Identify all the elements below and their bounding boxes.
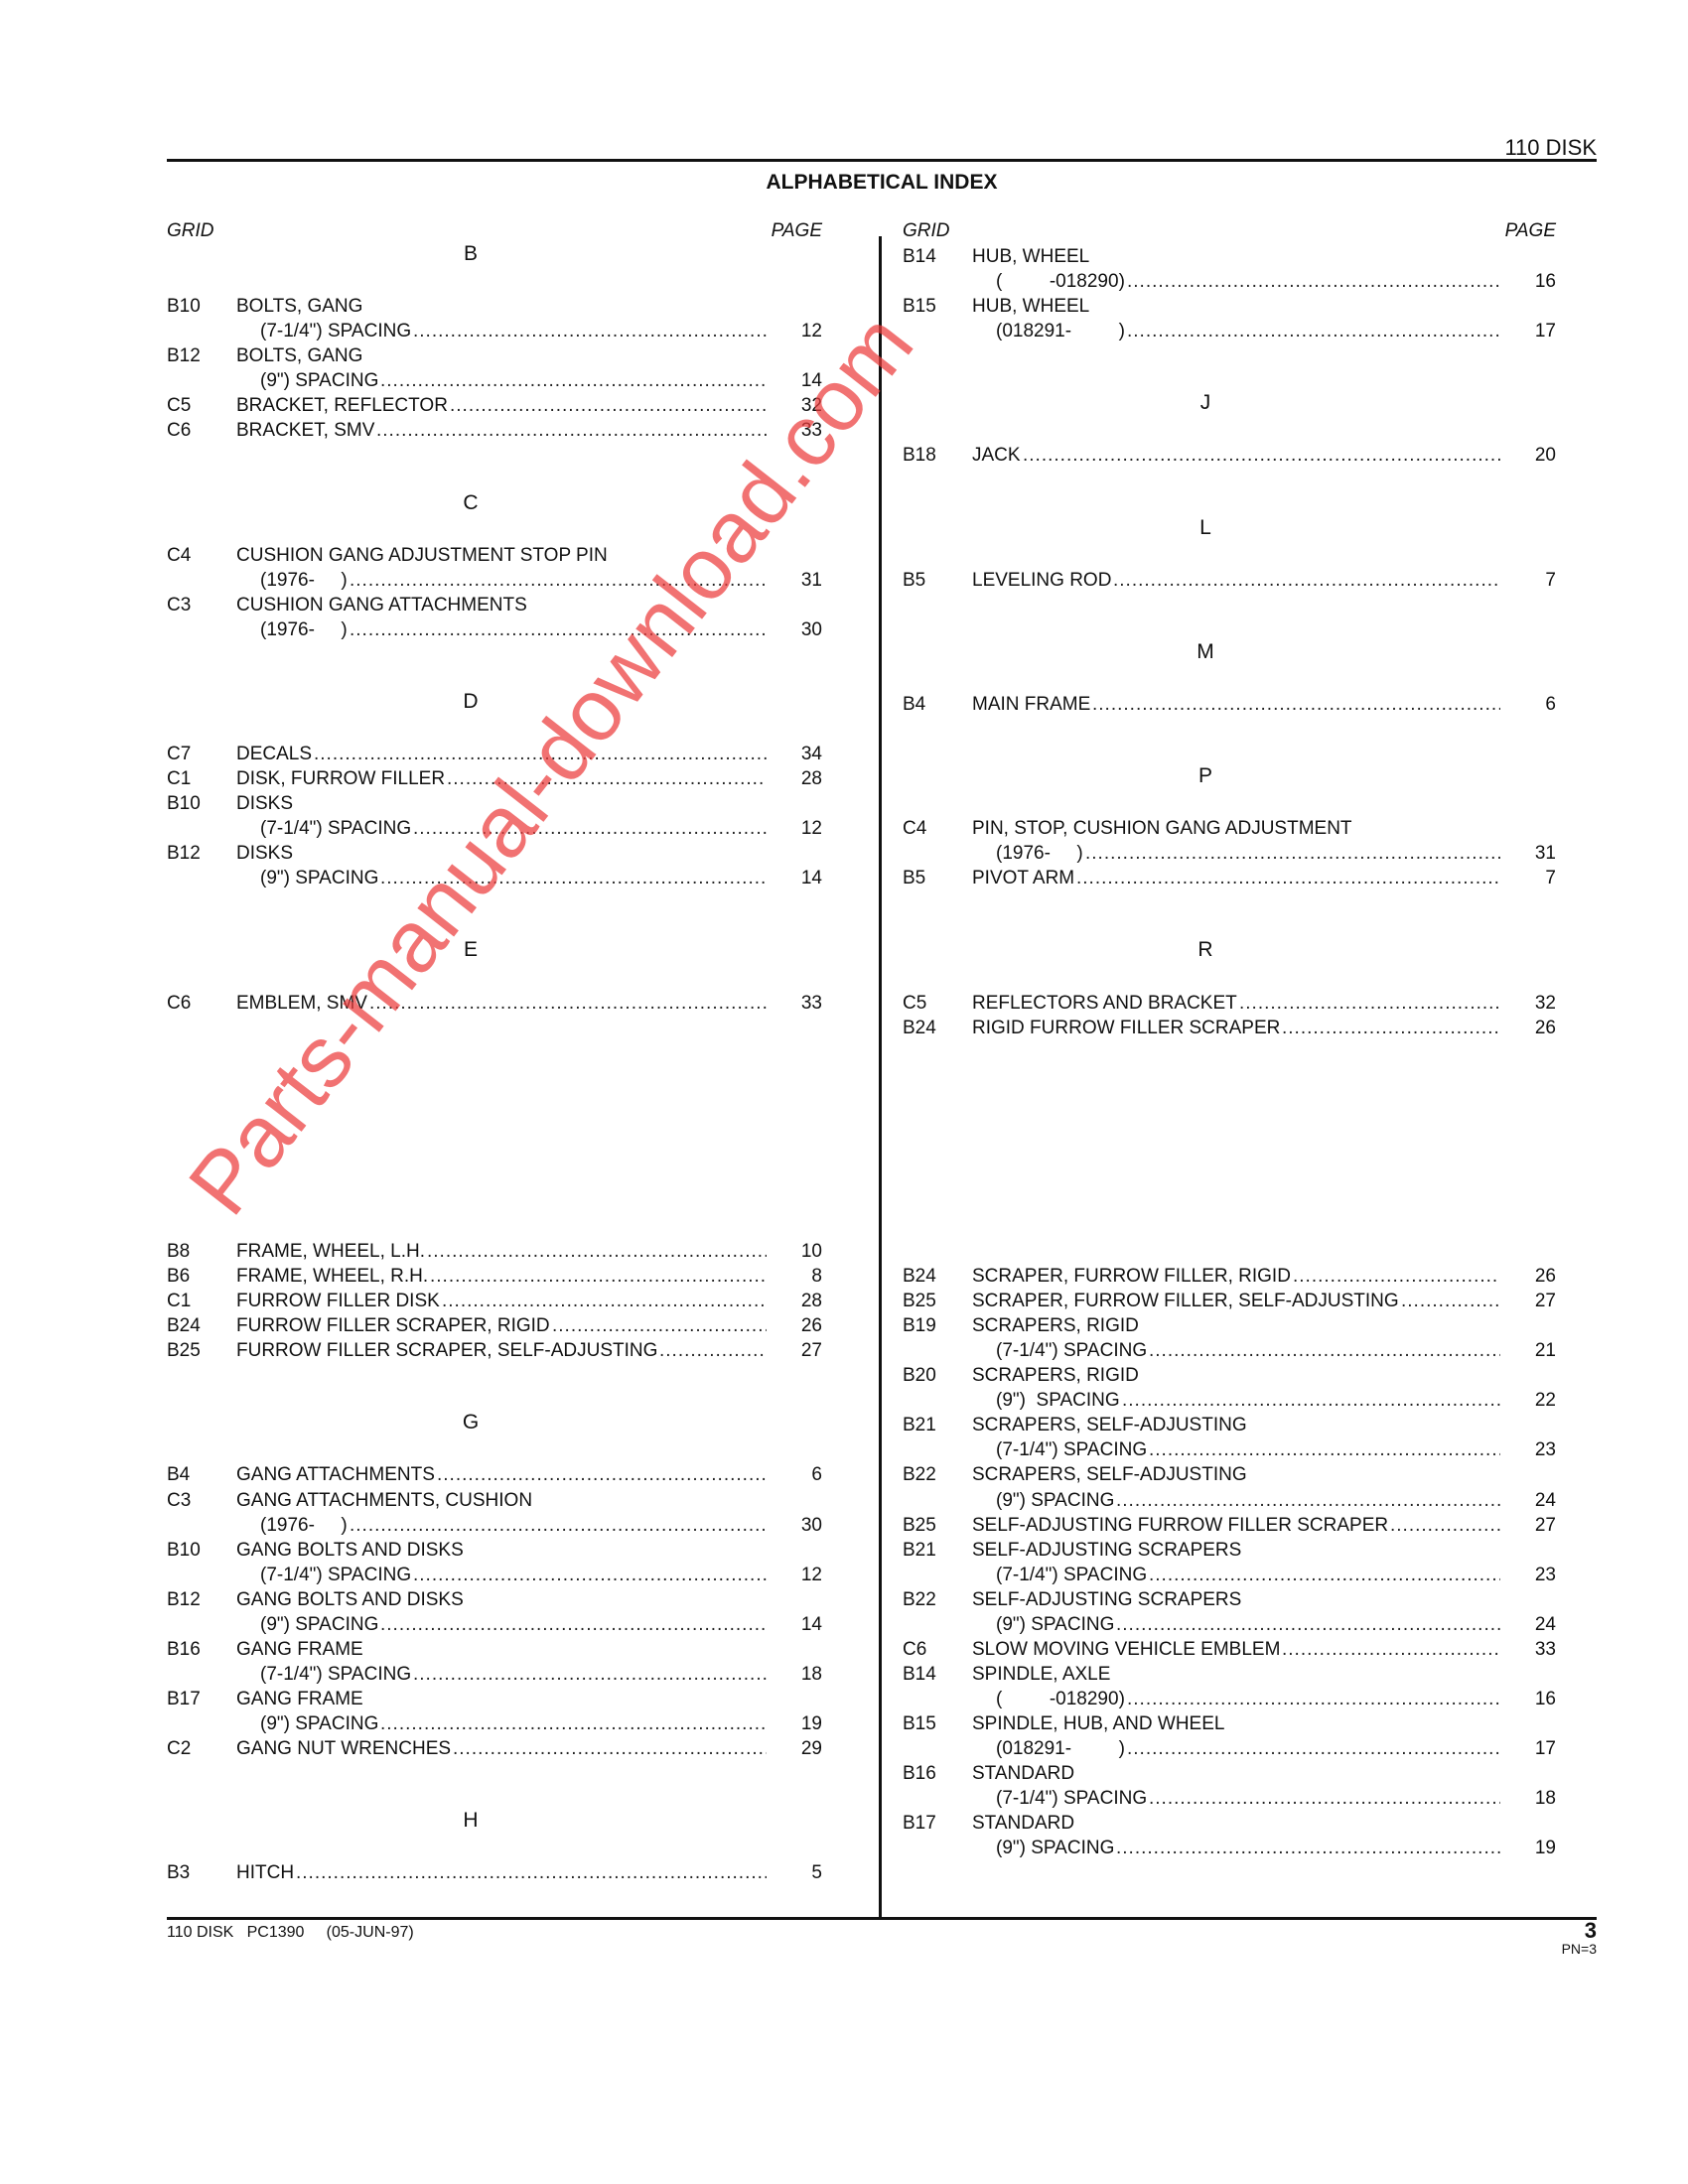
page-ref: 14 bbox=[773, 368, 822, 393]
index-entry: B25SCRAPER, FURROW FILLER, SELF-ADJUSTIN… bbox=[903, 1289, 1556, 1313]
grid-ref: C7 bbox=[167, 742, 191, 766]
grid-ref: B19 bbox=[903, 1313, 936, 1338]
grid-ref: B14 bbox=[903, 1662, 936, 1687]
leader-dots: ........................................… bbox=[442, 1289, 767, 1313]
grid-ref: C6 bbox=[167, 991, 191, 1016]
entry-name: (9") SPACING bbox=[260, 1711, 378, 1736]
leader-dots: ........................................… bbox=[350, 1513, 767, 1538]
leader-dots: ........................................… bbox=[453, 1736, 767, 1761]
index-entry: B17STANDARD bbox=[903, 1811, 1556, 1836]
index-entry: C3GANG ATTACHMENTS, CUSHION bbox=[167, 1488, 822, 1513]
page-ref: 32 bbox=[1506, 991, 1556, 1016]
index-entry: B22SCRAPERS, SELF-ADJUSTING bbox=[903, 1462, 1556, 1487]
grid-ref: C4 bbox=[167, 543, 191, 568]
index-subentry: (018291- )..............................… bbox=[903, 319, 1556, 343]
page-ref: 34 bbox=[773, 742, 822, 766]
page-ref: 26 bbox=[1506, 1016, 1556, 1040]
leader-dots: ........................................… bbox=[1127, 1687, 1500, 1711]
entry-name: (018291- ) bbox=[996, 319, 1125, 343]
page-ref: 33 bbox=[1506, 1637, 1556, 1662]
grid-ref: B8 bbox=[167, 1239, 190, 1264]
entry-name: SPINDLE, AXLE bbox=[972, 1662, 1110, 1687]
index-subentry: (7-1/4") SPACING........................… bbox=[903, 1786, 1556, 1811]
grid-ref: C4 bbox=[903, 816, 926, 841]
index-entry: B3HITCH.................................… bbox=[167, 1860, 822, 1885]
entry-name: (9") SPACING bbox=[260, 1612, 378, 1637]
entry-name: PIVOT ARM bbox=[972, 866, 1074, 890]
page-ref: 12 bbox=[773, 816, 822, 841]
index-entry: C1FURROW FILLER DISK....................… bbox=[167, 1289, 822, 1313]
index-subentry: (7-1/4") SPACING........................… bbox=[903, 1338, 1556, 1363]
index-entry: C4PIN, STOP, CUSHION GANG ADJUSTMENT bbox=[903, 816, 1556, 841]
page-ref: 16 bbox=[1506, 269, 1556, 294]
entry-name: FURROW FILLER DISK bbox=[236, 1289, 440, 1313]
leader-dots: ........................................… bbox=[447, 766, 767, 791]
leader-dots: ........................................… bbox=[413, 1563, 767, 1587]
index-entry: C1DISK, FURROW FILLER...................… bbox=[167, 766, 822, 791]
page-ref: 33 bbox=[773, 991, 822, 1016]
grid-ref: B10 bbox=[167, 791, 201, 816]
grid-ref: B4 bbox=[903, 692, 925, 717]
index-entry: B8FRAME, WHEEL, L.H.....................… bbox=[167, 1239, 822, 1264]
index-subentry: (7-1/4") SPACING........................… bbox=[167, 1563, 822, 1587]
section-letter: L bbox=[879, 516, 1532, 540]
index-subentry: (9") SPACING............................… bbox=[903, 1612, 1556, 1637]
grid-ref: B12 bbox=[167, 343, 201, 368]
entry-name: (7-1/4") SPACING bbox=[996, 1338, 1147, 1363]
entry-name: BRACKET, SMV bbox=[236, 418, 374, 443]
section-letter: E bbox=[143, 938, 798, 962]
index-subentry: (9") SPACING............................… bbox=[167, 1711, 822, 1736]
page-ref: 6 bbox=[1506, 692, 1556, 717]
page-ref: 29 bbox=[773, 1736, 822, 1761]
index-subentry: (7-1/4") SPACING........................… bbox=[167, 1662, 822, 1687]
footer-doc-info: 110 DISK PC1390 (05-JUN-97) bbox=[167, 1924, 414, 1942]
entry-name: (7-1/4") SPACING bbox=[260, 1563, 411, 1587]
grid-column-header: GRID bbox=[167, 220, 214, 242]
leader-dots: ........................................… bbox=[413, 1662, 767, 1687]
grid-ref: B25 bbox=[167, 1338, 201, 1363]
index-entry: C6BRACKET, SMV..........................… bbox=[167, 418, 822, 443]
grid-ref: B16 bbox=[167, 1637, 201, 1662]
grid-ref: B14 bbox=[903, 244, 936, 269]
page-ref: 24 bbox=[1506, 1612, 1556, 1637]
grid-ref: B21 bbox=[903, 1413, 936, 1437]
entry-name: GANG NUT WRENCHES bbox=[236, 1736, 451, 1761]
page-ref: 12 bbox=[773, 1563, 822, 1587]
grid-ref: B20 bbox=[903, 1363, 936, 1388]
entry-name: SPINDLE, HUB, AND WHEEL bbox=[972, 1711, 1224, 1736]
leader-dots: ........................................… bbox=[1113, 568, 1500, 593]
leader-dots: ........................................… bbox=[413, 816, 767, 841]
index-subentry: ( -018290)..............................… bbox=[903, 269, 1556, 294]
page-ref: 31 bbox=[1506, 841, 1556, 866]
grid-ref: B5 bbox=[903, 866, 925, 890]
leader-dots: ........................................… bbox=[1239, 991, 1500, 1016]
entry-name: BOLTS, GANG bbox=[236, 294, 362, 319]
index-subentry: (9") SPACING............................… bbox=[903, 1488, 1556, 1513]
leader-dots: ........................................… bbox=[1293, 1264, 1500, 1289]
leader-dots: ........................................… bbox=[1085, 841, 1500, 866]
entry-name: SLOW MOVING VEHICLE EMBLEM bbox=[972, 1637, 1280, 1662]
page-ref: 19 bbox=[1506, 1836, 1556, 1860]
index-entry: B24RIGID FURROW FILLER SCRAPER..........… bbox=[903, 1016, 1556, 1040]
entry-name: DISKS bbox=[236, 841, 293, 866]
grid-ref: B22 bbox=[903, 1462, 936, 1487]
grid-ref: C2 bbox=[167, 1736, 191, 1761]
page-ref: 26 bbox=[1506, 1264, 1556, 1289]
grid-ref: B21 bbox=[903, 1538, 936, 1563]
page-ref: 18 bbox=[1506, 1786, 1556, 1811]
index-column-right: GRID PAGE B14HUB, WHEEL( -018290).......… bbox=[903, 0, 1556, 2184]
leader-dots: ........................................… bbox=[413, 319, 767, 343]
entry-name: SELF-ADJUSTING FURROW FILLER SCRAPER bbox=[972, 1513, 1388, 1538]
grid-ref: B24 bbox=[903, 1016, 936, 1040]
grid-ref: B18 bbox=[903, 443, 936, 468]
grid-ref: C6 bbox=[167, 418, 191, 443]
footer-pn-label: PN=3 bbox=[1562, 1941, 1597, 1957]
entry-name: ( -018290) bbox=[996, 1687, 1125, 1711]
leader-dots: ........................................… bbox=[350, 617, 767, 642]
entry-name: RIGID FURROW FILLER SCRAPER bbox=[972, 1016, 1280, 1040]
entry-name: (7-1/4") SPACING bbox=[260, 1662, 411, 1687]
entry-name: BRACKET, REFLECTOR bbox=[236, 393, 448, 418]
page-ref: 6 bbox=[773, 1462, 822, 1487]
leader-dots: ........................................… bbox=[552, 1313, 767, 1338]
leader-dots: ........................................… bbox=[1127, 1736, 1500, 1761]
leader-dots: ........................................… bbox=[1023, 443, 1500, 468]
index-entry: B15SPINDLE, HUB, AND WHEEL bbox=[903, 1711, 1556, 1736]
page-column-header: PAGE bbox=[1505, 220, 1556, 242]
entry-name: SCRAPERS, RIGID bbox=[972, 1313, 1139, 1338]
leader-dots: ........................................… bbox=[1116, 1836, 1500, 1860]
entry-name: FURROW FILLER SCRAPER, RIGID bbox=[236, 1313, 550, 1338]
page-ref: 7 bbox=[1506, 866, 1556, 890]
index-entry: B5PIVOT ARM.............................… bbox=[903, 866, 1556, 890]
leader-dots: ........................................… bbox=[430, 1264, 767, 1289]
index-subentry: (018291- )..............................… bbox=[903, 1736, 1556, 1761]
page-ref: 28 bbox=[773, 766, 822, 791]
grid-ref: B22 bbox=[903, 1587, 936, 1612]
leader-dots: ........................................… bbox=[380, 368, 767, 393]
page-ref: 27 bbox=[1506, 1289, 1556, 1313]
section-letter: P bbox=[879, 764, 1532, 788]
leader-dots: ........................................… bbox=[450, 393, 767, 418]
grid-ref: B12 bbox=[167, 1587, 201, 1612]
page-ref: 24 bbox=[1506, 1488, 1556, 1513]
index-entry: B10BOLTS, GANG bbox=[167, 294, 822, 319]
index-entry: C3CUSHION GANG ATTACHMENTS bbox=[167, 593, 822, 617]
page-ref: 12 bbox=[773, 319, 822, 343]
page-ref: 8 bbox=[773, 1264, 822, 1289]
section-letter: M bbox=[879, 640, 1532, 664]
index-entry: B10DISKS bbox=[167, 791, 822, 816]
grid-ref: B15 bbox=[903, 1711, 936, 1736]
index-entry: B12BOLTS, GANG bbox=[167, 343, 822, 368]
leader-dots: ........................................… bbox=[1149, 1338, 1500, 1363]
footer-rule bbox=[167, 1917, 1597, 1920]
page-ref: 5 bbox=[773, 1860, 822, 1885]
grid-ref: B16 bbox=[903, 1761, 936, 1786]
page-ref: 14 bbox=[773, 1612, 822, 1637]
index-entry: C5REFLECTORS AND BRACKET................… bbox=[903, 991, 1556, 1016]
entry-name: (9") SPACING bbox=[996, 1612, 1114, 1637]
index-entry: B4MAIN FRAME............................… bbox=[903, 692, 1556, 717]
page-ref: 27 bbox=[1506, 1513, 1556, 1538]
grid-ref: B17 bbox=[167, 1687, 201, 1711]
entry-name: REFLECTORS AND BRACKET bbox=[972, 991, 1237, 1016]
page-ref: 28 bbox=[773, 1289, 822, 1313]
leader-dots: ........................................… bbox=[314, 742, 767, 766]
page-ref: 10 bbox=[773, 1239, 822, 1264]
index-entry: B21SCRAPERS, SELF-ADJUSTING bbox=[903, 1413, 1556, 1437]
index-entry: B5LEVELING ROD..........................… bbox=[903, 568, 1556, 593]
entry-name: BOLTS, GANG bbox=[236, 343, 362, 368]
entry-name: GANG ATTACHMENTS, CUSHION bbox=[236, 1488, 532, 1513]
grid-ref: B24 bbox=[167, 1313, 201, 1338]
index-column-left: GRID PAGE BB10BOLTS, GANG(7-1/4") SPACIN… bbox=[167, 0, 822, 2184]
leader-dots: ........................................… bbox=[1116, 1488, 1500, 1513]
entry-name: (9") SPACING bbox=[996, 1388, 1120, 1413]
grid-ref: B10 bbox=[167, 294, 201, 319]
page-ref: 27 bbox=[773, 1338, 822, 1363]
entry-name: (9") SPACING bbox=[260, 368, 378, 393]
section-letter: J bbox=[879, 391, 1532, 415]
entry-name: (7-1/4") SPACING bbox=[996, 1563, 1147, 1587]
index-entry: C6EMBLEM, SMV...........................… bbox=[167, 991, 822, 1016]
page-ref: 17 bbox=[1506, 319, 1556, 343]
grid-ref: B17 bbox=[903, 1811, 936, 1836]
leader-dots: ........................................… bbox=[380, 866, 767, 890]
entry-name: (1976- ) bbox=[996, 841, 1083, 866]
leader-dots: ........................................… bbox=[1127, 319, 1500, 343]
grid-ref: B4 bbox=[167, 1462, 190, 1487]
index-entry: B25SELF-ADJUSTING FURROW FILLER SCRAPER.… bbox=[903, 1513, 1556, 1538]
leader-dots: ........................................… bbox=[427, 1239, 767, 1264]
grid-ref: C6 bbox=[903, 1637, 926, 1662]
grid-ref: C3 bbox=[167, 593, 191, 617]
index-subentry: (7-1/4") SPACING........................… bbox=[903, 1563, 1556, 1587]
index-entry: B4GANG ATTACHMENTS......................… bbox=[167, 1462, 822, 1487]
leader-dots: ........................................… bbox=[1282, 1016, 1500, 1040]
page-column-header: PAGE bbox=[772, 220, 822, 242]
leader-dots: ........................................… bbox=[1149, 1563, 1500, 1587]
index-entry: B24SCRAPER, FURROW FILLER, RIGID........… bbox=[903, 1264, 1556, 1289]
entry-name: STANDARD bbox=[972, 1761, 1074, 1786]
index-entry: B19SCRAPERS, RIGID bbox=[903, 1313, 1556, 1338]
entry-name: PIN, STOP, CUSHION GANG ADJUSTMENT bbox=[972, 816, 1352, 841]
index-subentry: (9") SPACING............................… bbox=[903, 1388, 1556, 1413]
index-entry: B16STANDARD bbox=[903, 1761, 1556, 1786]
index-subentry: (7-1/4") SPACING........................… bbox=[903, 1437, 1556, 1462]
section-letter: G bbox=[143, 1411, 798, 1434]
grid-ref: B25 bbox=[903, 1289, 936, 1313]
section-letter: D bbox=[143, 690, 798, 714]
entry-name: MAIN FRAME bbox=[972, 692, 1090, 717]
index-entry: C6SLOW MOVING VEHICLE EMBLEM............… bbox=[903, 1637, 1556, 1662]
entry-name: SELF-ADJUSTING SCRAPERS bbox=[972, 1538, 1241, 1563]
leader-dots: ........................................… bbox=[380, 1711, 767, 1736]
page-ref: 31 bbox=[773, 568, 822, 593]
page-ref: 32 bbox=[773, 393, 822, 418]
page-ref: 18 bbox=[773, 1662, 822, 1687]
entry-name: (7-1/4") SPACING bbox=[260, 816, 411, 841]
index-entry: B22SELF-ADJUSTING SCRAPERS bbox=[903, 1587, 1556, 1612]
leader-dots: ........................................… bbox=[350, 568, 767, 593]
entry-name: SCRAPERS, SELF-ADJUSTING bbox=[972, 1462, 1247, 1487]
index-entry: B15HUB, WHEEL bbox=[903, 294, 1556, 319]
index-entry: B21SELF-ADJUSTING SCRAPERS bbox=[903, 1538, 1556, 1563]
index-subentry: (1976- )................................… bbox=[167, 568, 822, 593]
entry-name: HITCH bbox=[236, 1860, 294, 1885]
leader-dots: ........................................… bbox=[1116, 1612, 1500, 1637]
entry-name: SELF-ADJUSTING SCRAPERS bbox=[972, 1587, 1241, 1612]
page-ref: 22 bbox=[1506, 1388, 1556, 1413]
entry-name: GANG BOLTS AND DISKS bbox=[236, 1587, 464, 1612]
leader-dots: ........................................… bbox=[369, 991, 767, 1016]
leader-dots: ........................................… bbox=[1122, 1388, 1500, 1413]
entry-name: GANG FRAME bbox=[236, 1687, 363, 1711]
page-ref: 23 bbox=[1506, 1437, 1556, 1462]
entry-name: (1976- ) bbox=[260, 568, 348, 593]
entry-name: (7-1/4") SPACING bbox=[996, 1437, 1147, 1462]
entry-name: CUSHION GANG ATTACHMENTS bbox=[236, 593, 527, 617]
section-letter: H bbox=[143, 1809, 798, 1833]
index-subentry: (9") SPACING............................… bbox=[167, 368, 822, 393]
entry-name: GANG BOLTS AND DISKS bbox=[236, 1538, 464, 1563]
grid-ref: C1 bbox=[167, 1289, 191, 1313]
leader-dots: ........................................… bbox=[437, 1462, 767, 1487]
entry-name: SCRAPERS, SELF-ADJUSTING bbox=[972, 1413, 1247, 1437]
index-subentry: (1976- )................................… bbox=[167, 1513, 822, 1538]
grid-ref: C1 bbox=[167, 766, 191, 791]
page-ref: 19 bbox=[773, 1711, 822, 1736]
index-entry: B24FURROW FILLER SCRAPER, RIGID.........… bbox=[167, 1313, 822, 1338]
entry-name: DISK, FURROW FILLER bbox=[236, 766, 445, 791]
section-letter: C bbox=[143, 491, 798, 515]
entry-name: (9") SPACING bbox=[260, 866, 378, 890]
index-entry: B6FRAME, WHEEL, R.H.....................… bbox=[167, 1264, 822, 1289]
grid-column-header: GRID bbox=[903, 220, 950, 242]
page-ref: 30 bbox=[773, 617, 822, 642]
grid-ref: B25 bbox=[903, 1513, 936, 1538]
entry-name: CUSHION GANG ADJUSTMENT STOP PIN bbox=[236, 543, 608, 568]
index-entry: B12DISKS bbox=[167, 841, 822, 866]
index-entry: B20SCRAPERS, RIGID bbox=[903, 1363, 1556, 1388]
grid-ref: C3 bbox=[167, 1488, 191, 1513]
grid-ref: B5 bbox=[903, 568, 925, 593]
grid-ref: B12 bbox=[167, 841, 201, 866]
page-ref: 21 bbox=[1506, 1338, 1556, 1363]
leader-dots: ........................................… bbox=[1127, 269, 1500, 294]
section-letter: B bbox=[143, 242, 798, 266]
entry-name: JACK bbox=[972, 443, 1021, 468]
entry-name: (018291- ) bbox=[996, 1736, 1125, 1761]
entry-name: EMBLEM, SMV bbox=[236, 991, 367, 1016]
page-ref: 17 bbox=[1506, 1736, 1556, 1761]
entry-name: (1976- ) bbox=[260, 617, 348, 642]
leader-dots: ........................................… bbox=[1149, 1786, 1500, 1811]
entry-name: FURROW FILLER SCRAPER, SELF-ADJUSTING bbox=[236, 1338, 657, 1363]
entry-name: DECALS bbox=[236, 742, 312, 766]
entry-name: (7-1/4") SPACING bbox=[260, 319, 411, 343]
leader-dots: ........................................… bbox=[380, 1612, 767, 1637]
page-ref: 26 bbox=[773, 1313, 822, 1338]
grid-ref: C5 bbox=[167, 393, 191, 418]
entry-name: GANG ATTACHMENTS bbox=[236, 1462, 435, 1487]
entry-name: STANDARD bbox=[972, 1811, 1074, 1836]
index-subentry: (7-1/4") SPACING........................… bbox=[167, 816, 822, 841]
index-entry: B10GANG BOLTS AND DISKS bbox=[167, 1538, 822, 1563]
entry-name: (9") SPACING bbox=[996, 1488, 1114, 1513]
page-ref: 16 bbox=[1506, 1687, 1556, 1711]
index-entry: B25FURROW FILLER SCRAPER, SELF-ADJUSTING… bbox=[167, 1338, 822, 1363]
index-entry: B14HUB, WHEEL bbox=[903, 244, 1556, 269]
index-entry: C7DECALS................................… bbox=[167, 742, 822, 766]
leader-dots: ........................................… bbox=[1076, 866, 1500, 890]
entry-name: GANG FRAME bbox=[236, 1637, 363, 1662]
leader-dots: ........................................… bbox=[1149, 1437, 1500, 1462]
entry-name: LEVELING ROD bbox=[972, 568, 1111, 593]
index-subentry: ( -018290)..............................… bbox=[903, 1687, 1556, 1711]
index-entry: B14SPINDLE, AXLE bbox=[903, 1662, 1556, 1687]
grid-ref: B10 bbox=[167, 1538, 201, 1563]
leader-dots: ........................................… bbox=[376, 418, 767, 443]
index-entry: B17GANG FRAME bbox=[167, 1687, 822, 1711]
page-ref: 20 bbox=[1506, 443, 1556, 468]
entry-name: (7-1/4") SPACING bbox=[996, 1786, 1147, 1811]
index-entry: C5BRACKET, REFLECTOR....................… bbox=[167, 393, 822, 418]
page-ref: 23 bbox=[1506, 1563, 1556, 1587]
entry-name: (1976- ) bbox=[260, 1513, 348, 1538]
leader-dots: ........................................… bbox=[659, 1338, 767, 1363]
entry-name: (9") SPACING bbox=[996, 1836, 1114, 1860]
leader-dots: ........................................… bbox=[1390, 1513, 1500, 1538]
entry-name: HUB, WHEEL bbox=[972, 244, 1089, 269]
index-subentry: (9") SPACING............................… bbox=[167, 866, 822, 890]
index-subentry: (7-1/4") SPACING........................… bbox=[167, 319, 822, 343]
leader-dots: ........................................… bbox=[1401, 1289, 1500, 1313]
index-entry: B18JACK.................................… bbox=[903, 443, 1556, 468]
entry-name: FRAME, WHEEL, L.H. bbox=[236, 1239, 425, 1264]
entry-name: SCRAPERS, RIGID bbox=[972, 1363, 1139, 1388]
entry-name: ( -018290) bbox=[996, 269, 1125, 294]
entry-name: FRAME, WHEEL, R.H. bbox=[236, 1264, 428, 1289]
grid-ref: B24 bbox=[903, 1264, 936, 1289]
entry-name: HUB, WHEEL bbox=[972, 294, 1089, 319]
page-ref: 14 bbox=[773, 866, 822, 890]
leader-dots: ........................................… bbox=[1282, 1637, 1500, 1662]
page-ref: 33 bbox=[773, 418, 822, 443]
index-subentry: (1976- )................................… bbox=[167, 617, 822, 642]
page-ref: 7 bbox=[1506, 568, 1556, 593]
section-letter: R bbox=[879, 938, 1532, 962]
index-subentry: (9") SPACING............................… bbox=[903, 1836, 1556, 1860]
entry-name: SCRAPER, FURROW FILLER, RIGID bbox=[972, 1264, 1291, 1289]
grid-ref: C5 bbox=[903, 991, 926, 1016]
index-subentry: (9") SPACING............................… bbox=[167, 1612, 822, 1637]
index-subentry: (1976- )................................… bbox=[903, 841, 1556, 866]
index-entry: B12GANG BOLTS AND DISKS bbox=[167, 1587, 822, 1612]
grid-ref: B6 bbox=[167, 1264, 190, 1289]
leader-dots: ........................................… bbox=[1092, 692, 1500, 717]
grid-ref: B15 bbox=[903, 294, 936, 319]
page-ref: 30 bbox=[773, 1513, 822, 1538]
entry-name: DISKS bbox=[236, 791, 293, 816]
index-entry: C2GANG NUT WRENCHES.....................… bbox=[167, 1736, 822, 1761]
column-divider bbox=[879, 236, 882, 1919]
index-entry: B16GANG FRAME bbox=[167, 1637, 822, 1662]
